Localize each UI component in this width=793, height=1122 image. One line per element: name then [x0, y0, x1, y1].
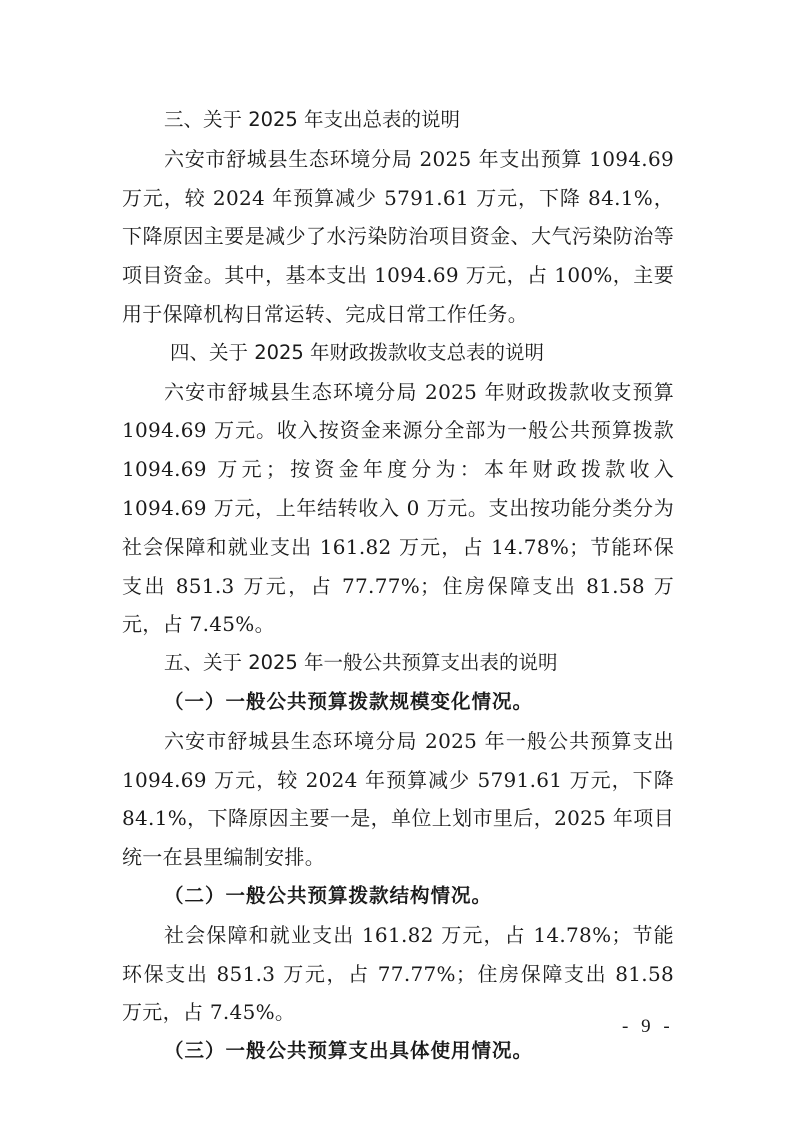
- section-heading-5: 五、关于 2025 年一般公共预算支出表的说明: [122, 644, 674, 683]
- document-page: 三、关于 2025 年支出总表的说明 六安市舒城县生态环境分局 2025 年支出…: [122, 101, 674, 1071]
- subsection-3-title: （三）一般公共预算支出具体使用情况。: [122, 1032, 674, 1071]
- page-number: - 9 -: [622, 1016, 674, 1038]
- subsection-1-paragraph: 六安市舒城县生态环境分局 2025 年一般公共预算支出 1094.69 万元，较…: [122, 722, 674, 877]
- section-heading-3: 三、关于 2025 年支出总表的说明: [122, 101, 674, 140]
- subsection-2-paragraph: 社会保障和就业支出 161.82 万元，占 14.78%；节能环保支出 851.…: [122, 916, 674, 1032]
- subsection-1-title: （一）一般公共预算拨款规模变化情况。: [122, 683, 674, 722]
- section-4-paragraph: 六安市舒城县生态环境分局 2025 年财政拨款收支预算 1094.69 万元。收…: [122, 373, 674, 645]
- section-3-paragraph: 六安市舒城县生态环境分局 2025 年支出预算 1094.69 万元，较 202…: [122, 140, 674, 334]
- section-heading-4: 四、关于 2025 年财政拨款收支总表的说明: [122, 334, 674, 373]
- subsection-2-title: （二）一般公共预算拨款结构情况。: [122, 877, 674, 916]
